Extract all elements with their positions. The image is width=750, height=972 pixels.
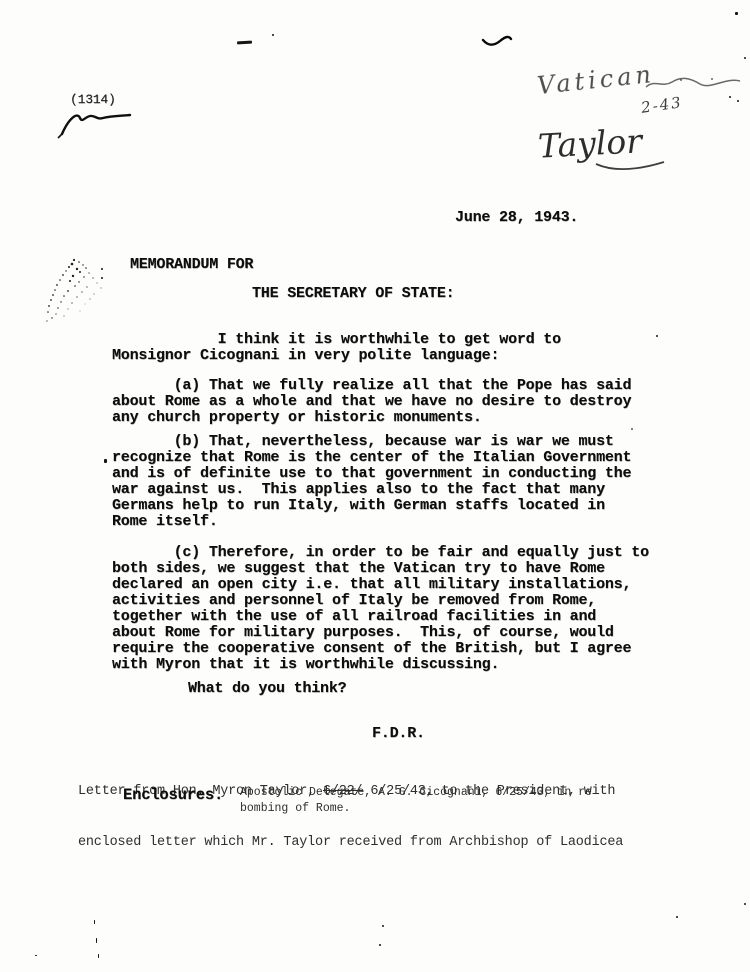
scanned-memo-page: (1314) Vatican 2-43 Taylor	[0, 0, 750, 972]
handwritten-vatican-note: Vatican	[536, 60, 656, 100]
ink-smudge	[44, 256, 108, 324]
enclosures-description: Apostolic Delegate, A. G. Cicognani, 6/2…	[240, 785, 592, 817]
reference-note-line2: enclosed letter which Mr. Taylor receive…	[78, 834, 623, 851]
memo-paragraph-c: (c) Therefore, in order to be fair and e…	[112, 545, 649, 673]
enclosures-label: Enclosures.	[123, 787, 223, 803]
handwritten-year-note: 2-43	[640, 93, 684, 117]
memo-paragraph-b: (b) That, nevertheless, because war is w…	[112, 434, 631, 530]
signature-flourish	[596, 160, 666, 172]
memo-paragraph-intro: I think it is worthwhile to get word to …	[112, 332, 561, 364]
handwritten-initials-icon	[58, 108, 140, 138]
file-number: (1314)	[70, 92, 116, 108]
reference-note: Letter from Hon. Myron Taylor, 6/22/ 6/2…	[78, 749, 623, 885]
memo-heading: MEMORANDUM FOR	[130, 257, 253, 273]
memo-question: What do you think?	[188, 681, 346, 697]
memo-date: June 28, 1943.	[455, 210, 578, 226]
memo-paragraph-a: (a) That we fully realize all that the P…	[112, 378, 631, 426]
memo-signature: F.D.R.	[372, 726, 425, 742]
pen-scribble	[646, 72, 742, 94]
memo-recipient: THE SECRETARY OF STATE:	[252, 286, 454, 302]
